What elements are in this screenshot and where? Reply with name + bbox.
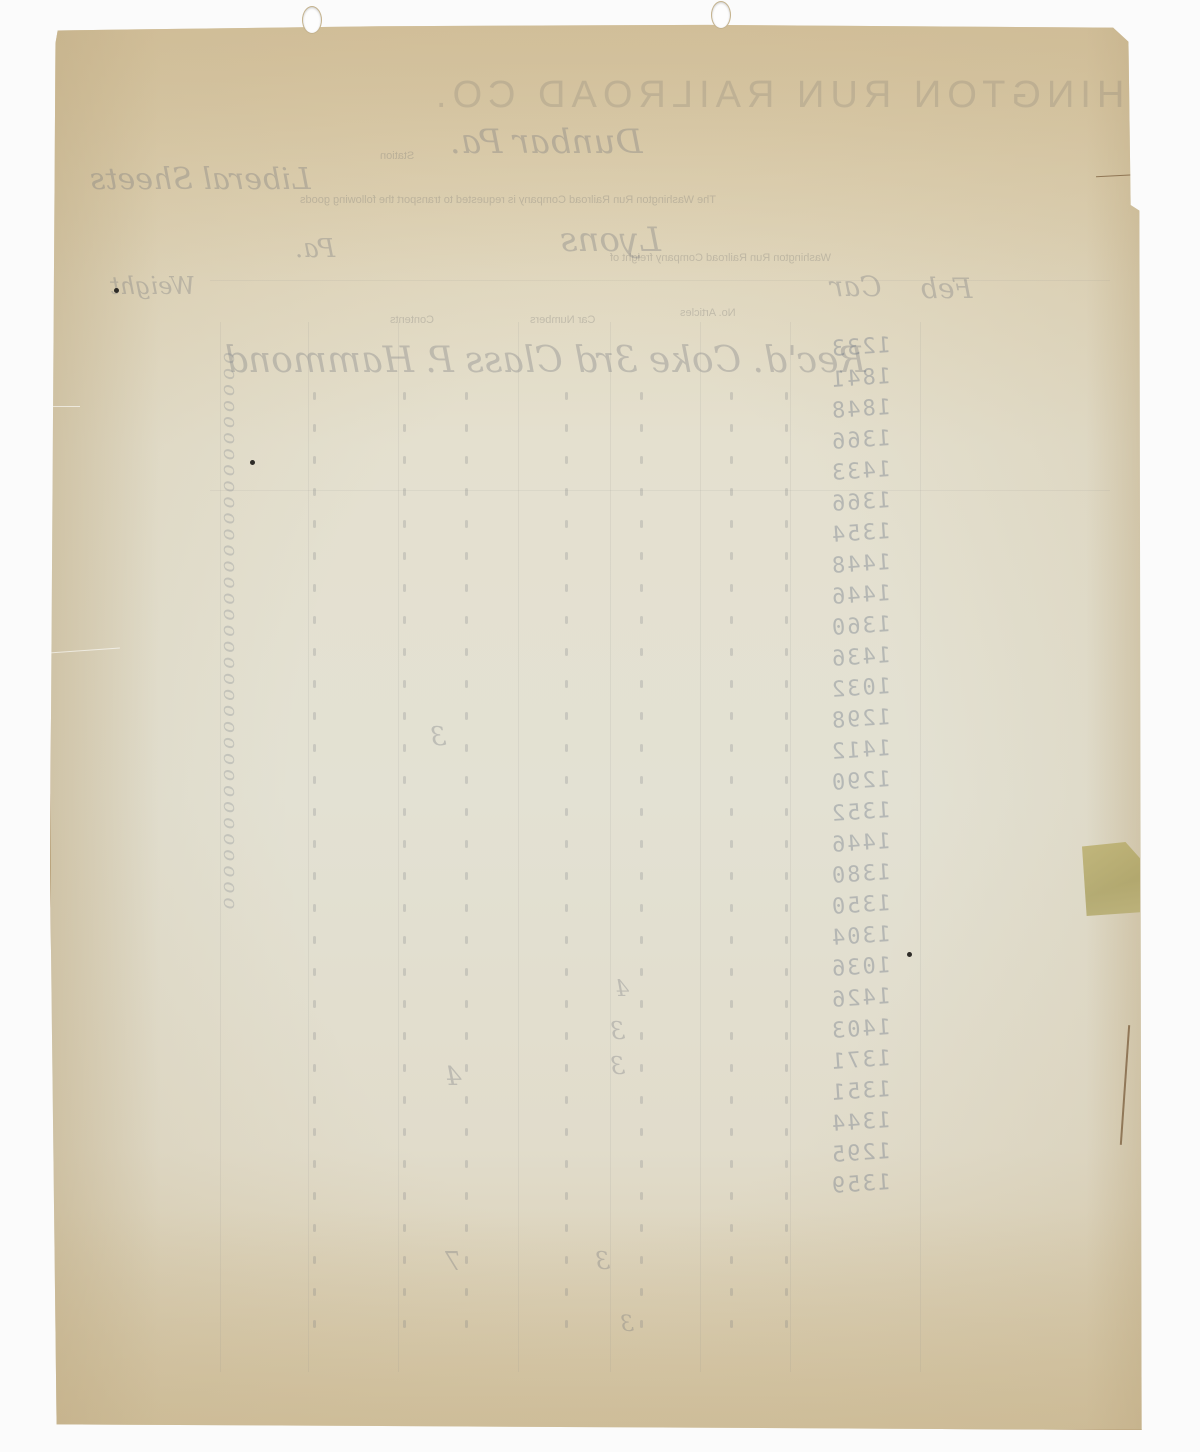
- punch-hole-left: [303, 7, 321, 33]
- car-number: 1298: [829, 703, 921, 734]
- car-number: 1366: [829, 424, 921, 455]
- car-numbers-column: 1233 1841 1848 1366 1433 1366 1354 1448 …: [830, 334, 920, 1196]
- ink-speck: [907, 952, 912, 957]
- column-rule: [308, 322, 309, 1372]
- ditto-marks-column: [785, 392, 797, 1392]
- handwritten-mark: 3: [620, 1312, 634, 1337]
- column-rule: [398, 322, 399, 1372]
- weight-header: Weight: [110, 272, 195, 300]
- car-number: 1359: [829, 1168, 921, 1199]
- handwritten-mark: 4: [445, 1062, 462, 1092]
- car-number: 1412: [829, 734, 921, 765]
- header-script-line-2: Dunbar Pa.: [450, 122, 643, 162]
- handwritten-mark: 3: [610, 1017, 625, 1045]
- ditto-marks-column: [465, 392, 477, 1392]
- car-number: 1233: [829, 331, 921, 362]
- column-rule: [518, 322, 519, 1372]
- date-header: Feb: [920, 272, 972, 305]
- contents-header: Contents: [390, 314, 434, 326]
- age-stain-bottom: [50, 1210, 1146, 1430]
- car-number: 1366: [829, 486, 921, 517]
- column-rule: [700, 322, 701, 1372]
- handwritten-mark: 3: [610, 1052, 625, 1080]
- car-number: 1344: [829, 1106, 921, 1137]
- punch-hole-right: [712, 2, 730, 28]
- ditto-marks-column: [640, 392, 652, 1392]
- car-number: 1360: [829, 610, 921, 641]
- car-number: 1446: [829, 579, 921, 610]
- left-margin-loops: ooooooooooooooooooooooooooooooooooo: [218, 352, 258, 1402]
- ditto-marks-column: [565, 392, 577, 1392]
- car-number: 1371: [829, 1044, 921, 1075]
- car-number: 1448: [829, 548, 921, 579]
- car-number: 1350: [829, 889, 921, 920]
- car-number: 1304: [829, 920, 921, 951]
- car-number: 1290: [829, 765, 921, 796]
- car-number: 1426: [829, 982, 921, 1013]
- car-number: 1032: [829, 672, 921, 703]
- ditto-marks-column: [313, 392, 325, 1392]
- car-number: 1848: [829, 393, 921, 424]
- age-stain-right: [1086, 22, 1146, 1430]
- car-number: 1433: [829, 455, 921, 486]
- company-header: WASHINGTON RUN RAILROAD CO.: [430, 74, 1200, 117]
- car-number: 1841: [829, 362, 921, 393]
- ditto-marks-column: [403, 392, 415, 1392]
- car-number: 1352: [829, 796, 921, 827]
- row-rule: [210, 490, 1110, 491]
- header-small-line-5: Washington Run Railroad Company freight …: [610, 252, 831, 264]
- car-initials-header: Car: [830, 270, 882, 303]
- car-number: 1295: [829, 1137, 921, 1168]
- car-number: 1403: [829, 1013, 921, 1044]
- handwritten-mark: 3: [430, 722, 447, 752]
- car-number: 1354: [829, 517, 921, 548]
- articles-header: No. Articles: [680, 307, 736, 319]
- age-stain-left: [50, 22, 160, 1430]
- paper-crease: [50, 406, 80, 407]
- car-number: 1446: [829, 827, 921, 858]
- tape-patch: [1082, 842, 1140, 916]
- car-number: 1351: [829, 1075, 921, 1106]
- handwritten-mark: 4: [615, 977, 629, 1002]
- ink-speck: [114, 288, 119, 293]
- first-entry-script: Rec'd. Coke 3rd Class P. Hammond: [225, 340, 866, 381]
- row-rule: [210, 280, 1110, 281]
- ink-speck: [250, 460, 255, 465]
- car-number: 1380: [829, 858, 921, 889]
- header-small-line-3: The Washington Run Railroad Company is r…: [300, 194, 716, 206]
- car-numbers-header: Car Numbers: [530, 314, 595, 326]
- header-script-line-5: Pa.: [295, 234, 335, 264]
- handwritten-mark: 3: [595, 1247, 610, 1275]
- station-label: Station: [380, 150, 414, 162]
- handwritten-mark: 7: [445, 1247, 462, 1277]
- car-number: 1436: [829, 641, 921, 672]
- document-paper: WASHINGTON RUN RAILROAD CO. Dunbar Pa. S…: [50, 22, 1146, 1430]
- ditto-marks-column: [730, 392, 742, 1392]
- header-script-line-3: Liberal Sheets: [90, 162, 311, 197]
- column-rule: [610, 322, 611, 1372]
